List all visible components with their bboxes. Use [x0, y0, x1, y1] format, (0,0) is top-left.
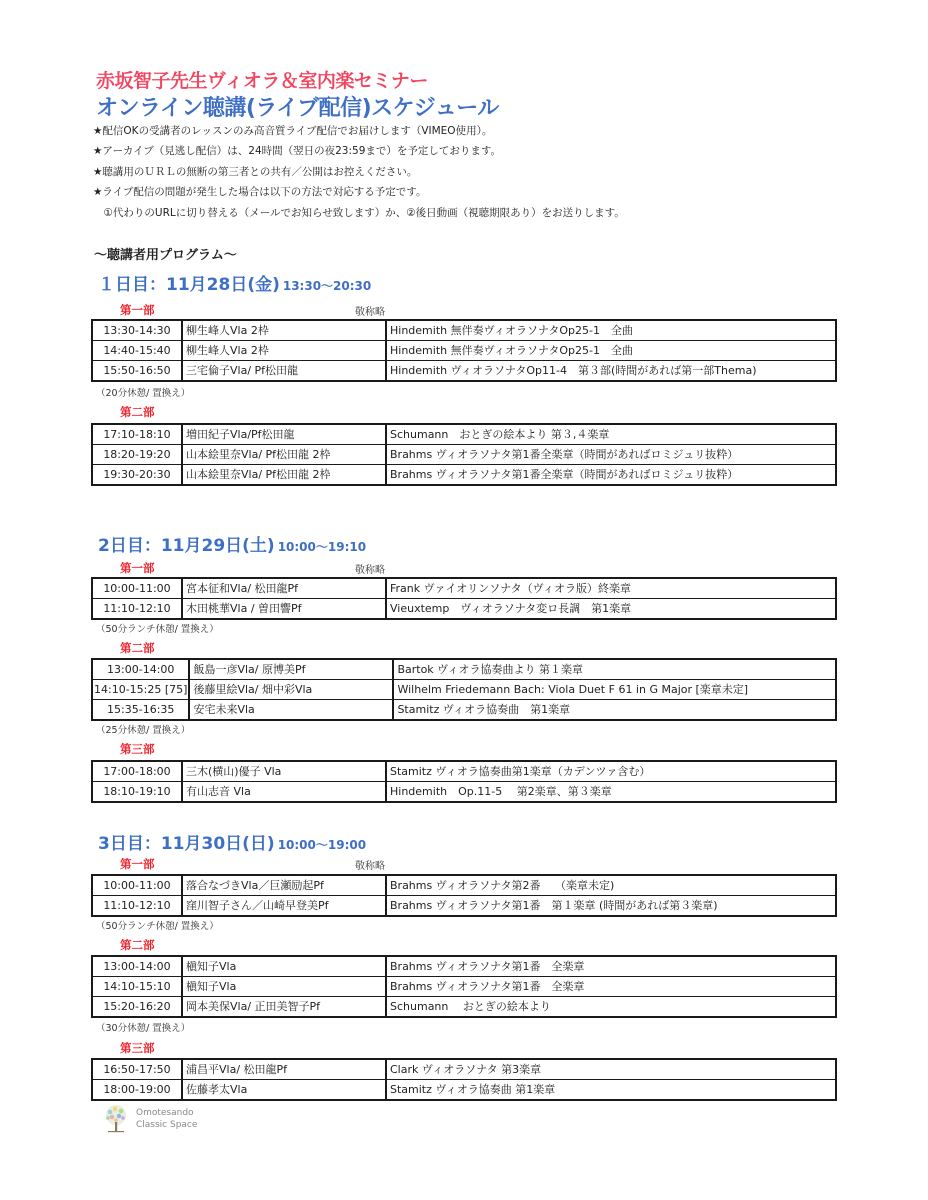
time-cell: 13:00-14:00: [92, 956, 182, 977]
program-heading: ～聴講者用プログラム～: [94, 244, 237, 263]
performer-cell: 槇知子Vla: [182, 977, 386, 997]
piece-cell: Clark ヴィオラソナタ 第3楽章: [386, 1059, 836, 1080]
part-label: 第二部: [120, 404, 155, 420]
performer-cell: 槇知子Vla: [182, 956, 386, 977]
time-cell: 15:35-16:35: [92, 700, 189, 721]
break-note: （50分ランチ休憩/ 置換え）: [96, 621, 219, 635]
schedule-table: 13:30-14:30 柳生峰人Vla 2枠 Hindemith 無伴奏ヴィオラ…: [91, 319, 837, 382]
day-hours: 10:00～19:10: [278, 540, 366, 554]
performer-cell: 後藤里絵Vla/ 畑中彩Vla: [189, 680, 393, 700]
piece-cell: Bartok ヴィオラ協奏曲より 第１楽章: [393, 659, 836, 680]
day-3-heading: 3日目：11月30日(日)10:00～19:00: [98, 829, 366, 854]
schedule-table: 17:00-18:00 三木(横山)優子 Vla Stamitz ヴィオラ協奏曲…: [91, 760, 837, 803]
schedule-table: 16:50-17:50 浦昌平Vla/ 松田龍Pf Clark ヴィオラソナタ …: [91, 1058, 837, 1101]
table-row: 15:20-16:20 岡本美保Vla/ 正田美智子Pf Schumann おと…: [92, 997, 836, 1018]
time-cell: 16:50-17:50: [92, 1059, 182, 1080]
time-cell: 14:10-15:10: [92, 977, 182, 997]
part-label: 第三部: [120, 1040, 155, 1056]
piece-cell: Brahms ヴィオラソナタ第1番全楽章（時間があればロミジュリ抜粋）: [386, 445, 836, 465]
day-label: １日目：11月28日(金): [98, 275, 280, 295]
schedule-table: 17:10-18:10 増田紀子Vla/Pf松田龍 Schumann おとぎの絵…: [91, 423, 837, 486]
day-label: 2日目：11月29日(土): [98, 536, 275, 556]
table-row: 13:30-14:30 柳生峰人Vla 2枠 Hindemith 無伴奏ヴィオラ…: [92, 320, 836, 341]
honorific-note: 敬称略: [355, 857, 385, 872]
time-cell: 10:00-11:00: [92, 578, 182, 599]
table-row: 14:10-15:10 槇知子Vla Brahms ヴィオラソナタ第1番 全楽章: [92, 977, 836, 997]
note-line: ★アーカイブ（見逃し配信）は、24時間（翌日の夜23:59まで）を予定しておりま…: [93, 141, 625, 161]
table-row: 15:35-16:35 安宅未来Vla Stamitz ヴィオラ協奏曲 第1楽章: [92, 700, 836, 721]
time-cell: 13:00-14:00: [92, 659, 189, 680]
piece-cell: Frank ヴァイオリンソナタ（ヴィオラ版）終楽章: [386, 578, 836, 599]
piece-cell: Brahms ヴィオラソナタ第1番 第１楽章 (時間があれば第３楽章): [386, 896, 836, 917]
time-cell: 10:00-11:00: [92, 875, 182, 896]
time-cell: 17:00-18:00: [92, 761, 182, 782]
logo-line2: Classic Space: [136, 1119, 197, 1131]
time-cell: 18:20-19:20: [92, 445, 182, 465]
piece-cell: Stamitz ヴィオラ協奏曲 第1楽章: [386, 1080, 836, 1101]
performer-cell: 増田紀子Vla/Pf松田龍: [182, 424, 386, 445]
performer-cell: 有山志音 Vla: [182, 782, 386, 803]
performer-cell: 山本絵里奈Vla/ Pf松田龍 2枠: [182, 445, 386, 465]
break-note: （30分休憩/ 置換え）: [96, 1020, 190, 1034]
break-note: （25分休憩/ 置換え）: [96, 722, 190, 736]
performer-cell: 岡本美保Vla/ 正田美智子Pf: [182, 997, 386, 1018]
honorific-note: 敬称略: [355, 561, 385, 576]
day-1-heading: １日目：11月28日(金)13:30～20:30: [98, 270, 371, 295]
tree-logo-icon: [100, 1104, 132, 1136]
performer-cell: 三木(横山)優子 Vla: [182, 761, 386, 782]
honorific-note: 敬称略: [355, 303, 385, 318]
performer-cell: 浦昌平Vla/ 松田龍Pf: [182, 1059, 386, 1080]
table-row: 15:50-16:50 三宅倫子Vla/ Pf松田龍 Hindemith ヴィオ…: [92, 361, 836, 382]
part-label: 第一部: [120, 560, 155, 576]
performer-cell: 窪川智子さん／山崎早登美Pf: [182, 896, 386, 917]
table-row: 10:00-11:00 宮本征和Vla/ 松田龍Pf Frank ヴァイオリンソ…: [92, 578, 836, 599]
part-label: 第二部: [120, 640, 155, 656]
table-row: 18:00-19:00 佐藤孝太Vla Stamitz ヴィオラ協奏曲 第1楽章: [92, 1080, 836, 1101]
note-line: ★配信OKの受講者のレッスンのみ高音質ライブ配信でお届けします（VIMEO使用）…: [93, 121, 625, 141]
table-row: 18:10-19:10 有山志音 Vla Hindemith Op.11-5 第…: [92, 782, 836, 803]
logo-line1: Omotesando: [136, 1107, 197, 1119]
table-row: 19:30-20:30 山本絵里奈Vla/ Pf松田龍 2枠 Brahms ヴィ…: [92, 465, 836, 486]
piece-cell: Brahms ヴィオラソナタ第1番全楽章（時間があればロミジュリ抜粋）: [386, 465, 836, 486]
schedule-table: 13:00-14:00 飯島一彦Vla/ 原博美Pf Bartok ヴィオラ協奏…: [91, 658, 837, 721]
note-line: ①代わりのURLに切り替える（メールでお知らせ致します）か、②後日動画（視聴期限…: [93, 203, 625, 223]
piece-cell: Brahms ヴィオラソナタ第1番 全楽章: [386, 956, 836, 977]
time-cell: 17:10-18:10: [92, 424, 182, 445]
piece-cell: Hindemith 無伴奏ヴィオラソナタOp25-1 全曲: [386, 320, 836, 341]
piece-cell: Hindemith ヴィオラソナタOp11-4 第３部(時間があれば第一部The…: [386, 361, 836, 382]
schedule-table: 10:00-11:00 落合なづきVla／巨瀬励起Pf Brahms ヴィオラソ…: [91, 874, 837, 917]
time-cell: 18:00-19:00: [92, 1080, 182, 1101]
part-label: 第三部: [120, 741, 155, 757]
piece-cell: Schumann おとぎの絵本より: [386, 997, 836, 1018]
omotesando-logo: Omotesando Classic Space: [100, 1104, 220, 1138]
piece-cell: Hindemith 無伴奏ヴィオラソナタOp25-1 全曲: [386, 341, 836, 361]
performer-cell: 柳生峰人Vla 2枠: [182, 320, 386, 341]
table-row: 14:10-15:25 [75] 後藤里絵Vla/ 畑中彩Vla Wilhelm…: [92, 680, 836, 700]
piece-cell: Vieuxtemp ヴィオラソナタ変ロ長調 第1楽章: [386, 599, 836, 620]
day-hours: 10:00～19:00: [278, 838, 366, 852]
schedule-table: 10:00-11:00 宮本征和Vla/ 松田龍Pf Frank ヴァイオリンソ…: [91, 577, 837, 620]
day-label: 3日目：11月30日(日): [98, 834, 275, 854]
break-note: （50分ランチ休憩/ 置換え）: [96, 918, 219, 932]
time-cell: 13:30-14:30: [92, 320, 182, 341]
table-row: 11:10-12:10 木田桃華Vla / 曽田響Pf Vieuxtemp ヴィ…: [92, 599, 836, 620]
page-title: 赤坂智子先生ヴィオラ＆室内楽セミナー: [96, 66, 428, 93]
note-line: ★ライブ配信の問題が発生した場合は以下の方法で対応する予定です。: [93, 182, 625, 202]
table-row: 18:20-19:20 山本絵里奈Vla/ Pf松田龍 2枠 Brahms ヴィ…: [92, 445, 836, 465]
table-row: 10:00-11:00 落合なづきVla／巨瀬励起Pf Brahms ヴィオラソ…: [92, 875, 836, 896]
time-cell: 14:10-15:25 [75]: [92, 680, 189, 700]
performer-cell: 落合なづきVla／巨瀬励起Pf: [182, 875, 386, 896]
time-cell: 19:30-20:30: [92, 465, 182, 486]
time-cell: 18:10-19:10: [92, 782, 182, 803]
performer-cell: 木田桃華Vla / 曽田響Pf: [182, 599, 386, 620]
schedule-page: 赤坂智子先生ヴィオラ＆室内楽セミナー オンライン聴講(ライブ配信)スケジュール …: [0, 0, 928, 1200]
break-note: （20分休憩/ 置換え）: [96, 385, 190, 399]
note-line: ★聴講用のＵＲＬの無断の第三者との共有／公開はお控えください。: [93, 162, 625, 182]
table-row: 14:40-15:40 柳生峰人Vla 2枠 Hindemith 無伴奏ヴィオラ…: [92, 341, 836, 361]
piece-cell: Brahms ヴィオラソナタ第2番 （楽章未定): [386, 875, 836, 896]
performer-cell: 佐藤孝太Vla: [182, 1080, 386, 1101]
part-label: 第一部: [120, 302, 155, 318]
performer-cell: 安宅未来Vla: [189, 700, 393, 721]
piece-cell: Brahms ヴィオラソナタ第1番 全楽章: [386, 977, 836, 997]
performer-cell: 三宅倫子Vla/ Pf松田龍: [182, 361, 386, 382]
time-cell: 15:50-16:50: [92, 361, 182, 382]
schedule-table: 13:00-14:00 槇知子Vla Brahms ヴィオラソナタ第1番 全楽章…: [91, 955, 837, 1018]
notes-block: ★配信OKの受講者のレッスンのみ高音質ライブ配信でお届けします（VIMEO使用）…: [93, 121, 625, 223]
performer-cell: 飯島一彦Vla/ 原博美Pf: [189, 659, 393, 680]
logo-text: Omotesando Classic Space: [136, 1107, 197, 1131]
piece-cell: Stamitz ヴィオラ協奏曲 第1楽章: [393, 700, 836, 721]
time-cell: 15:20-16:20: [92, 997, 182, 1018]
piece-cell: Wilhelm Friedemann Bach: Viola Duet F 61…: [393, 680, 836, 700]
table-row: 17:10-18:10 増田紀子Vla/Pf松田龍 Schumann おとぎの絵…: [92, 424, 836, 445]
page-subtitle: オンライン聴講(ライブ配信)スケジュール: [96, 91, 499, 122]
table-row: 13:00-14:00 飯島一彦Vla/ 原博美Pf Bartok ヴィオラ協奏…: [92, 659, 836, 680]
table-row: 13:00-14:00 槇知子Vla Brahms ヴィオラソナタ第1番 全楽章: [92, 956, 836, 977]
performer-cell: 山本絵里奈Vla/ Pf松田龍 2枠: [182, 465, 386, 486]
piece-cell: Schumann おとぎの絵本より 第３,４楽章: [386, 424, 836, 445]
performer-cell: 宮本征和Vla/ 松田龍Pf: [182, 578, 386, 599]
piece-cell: Hindemith Op.11-5 第2楽章、第３楽章: [386, 782, 836, 803]
performer-cell: 柳生峰人Vla 2枠: [182, 341, 386, 361]
time-cell: 14:40-15:40: [92, 341, 182, 361]
part-label: 第二部: [120, 937, 155, 953]
table-row: 17:00-18:00 三木(横山)優子 Vla Stamitz ヴィオラ協奏曲…: [92, 761, 836, 782]
part-label: 第一部: [120, 856, 155, 872]
time-cell: 11:10-12:10: [92, 896, 182, 917]
day-2-heading: 2日目：11月29日(土)10:00～19:10: [98, 531, 366, 556]
piece-cell: Stamitz ヴィオラ協奏曲第1楽章（カデンツァ含む）: [386, 761, 836, 782]
time-cell: 11:10-12:10: [92, 599, 182, 620]
day-hours: 13:30～20:30: [283, 279, 371, 293]
table-row: 16:50-17:50 浦昌平Vla/ 松田龍Pf Clark ヴィオラソナタ …: [92, 1059, 836, 1080]
table-row: 11:10-12:10 窪川智子さん／山崎早登美Pf Brahms ヴィオラソナ…: [92, 896, 836, 917]
